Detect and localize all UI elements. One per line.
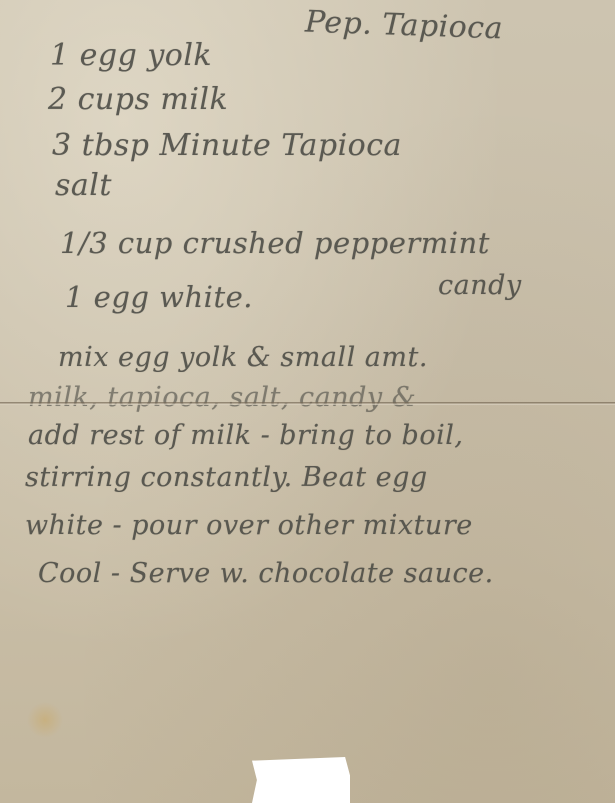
ingredient-milk: 2 cups milk	[48, 82, 228, 117]
direction-line: white - pour over other mixture	[25, 510, 473, 541]
ingredient-egg-yolk: 1 egg yolk	[50, 38, 212, 73]
recipe-paper: Pep. Tapioca 1 egg yolk 2 cups milk 3 tb…	[0, 0, 615, 803]
direction-line: Cool - Serve w. chocolate sauce.	[38, 558, 494, 589]
ingredient-peppermint: 1/3 cup crushed peppermint	[60, 226, 490, 260]
paper-fold-crease	[0, 402, 615, 405]
torn-notch	[252, 757, 350, 803]
direction-line: milk, tapioca, salt, candy &	[28, 382, 416, 413]
direction-line: add rest of milk - bring to boil,	[28, 420, 463, 451]
recipe-title: Pep. Tapioca	[304, 5, 503, 47]
direction-line: mix egg yolk & small amt.	[58, 342, 428, 373]
direction-line: stirring constantly. Beat egg	[25, 462, 428, 493]
ingredient-salt: salt	[55, 168, 112, 203]
ingredient-peppermint-continuation: candy	[438, 270, 522, 301]
ingredient-tapioca: 3 tbsp Minute Tapioca	[52, 128, 402, 163]
ingredient-egg-white: 1 egg white.	[65, 280, 253, 314]
